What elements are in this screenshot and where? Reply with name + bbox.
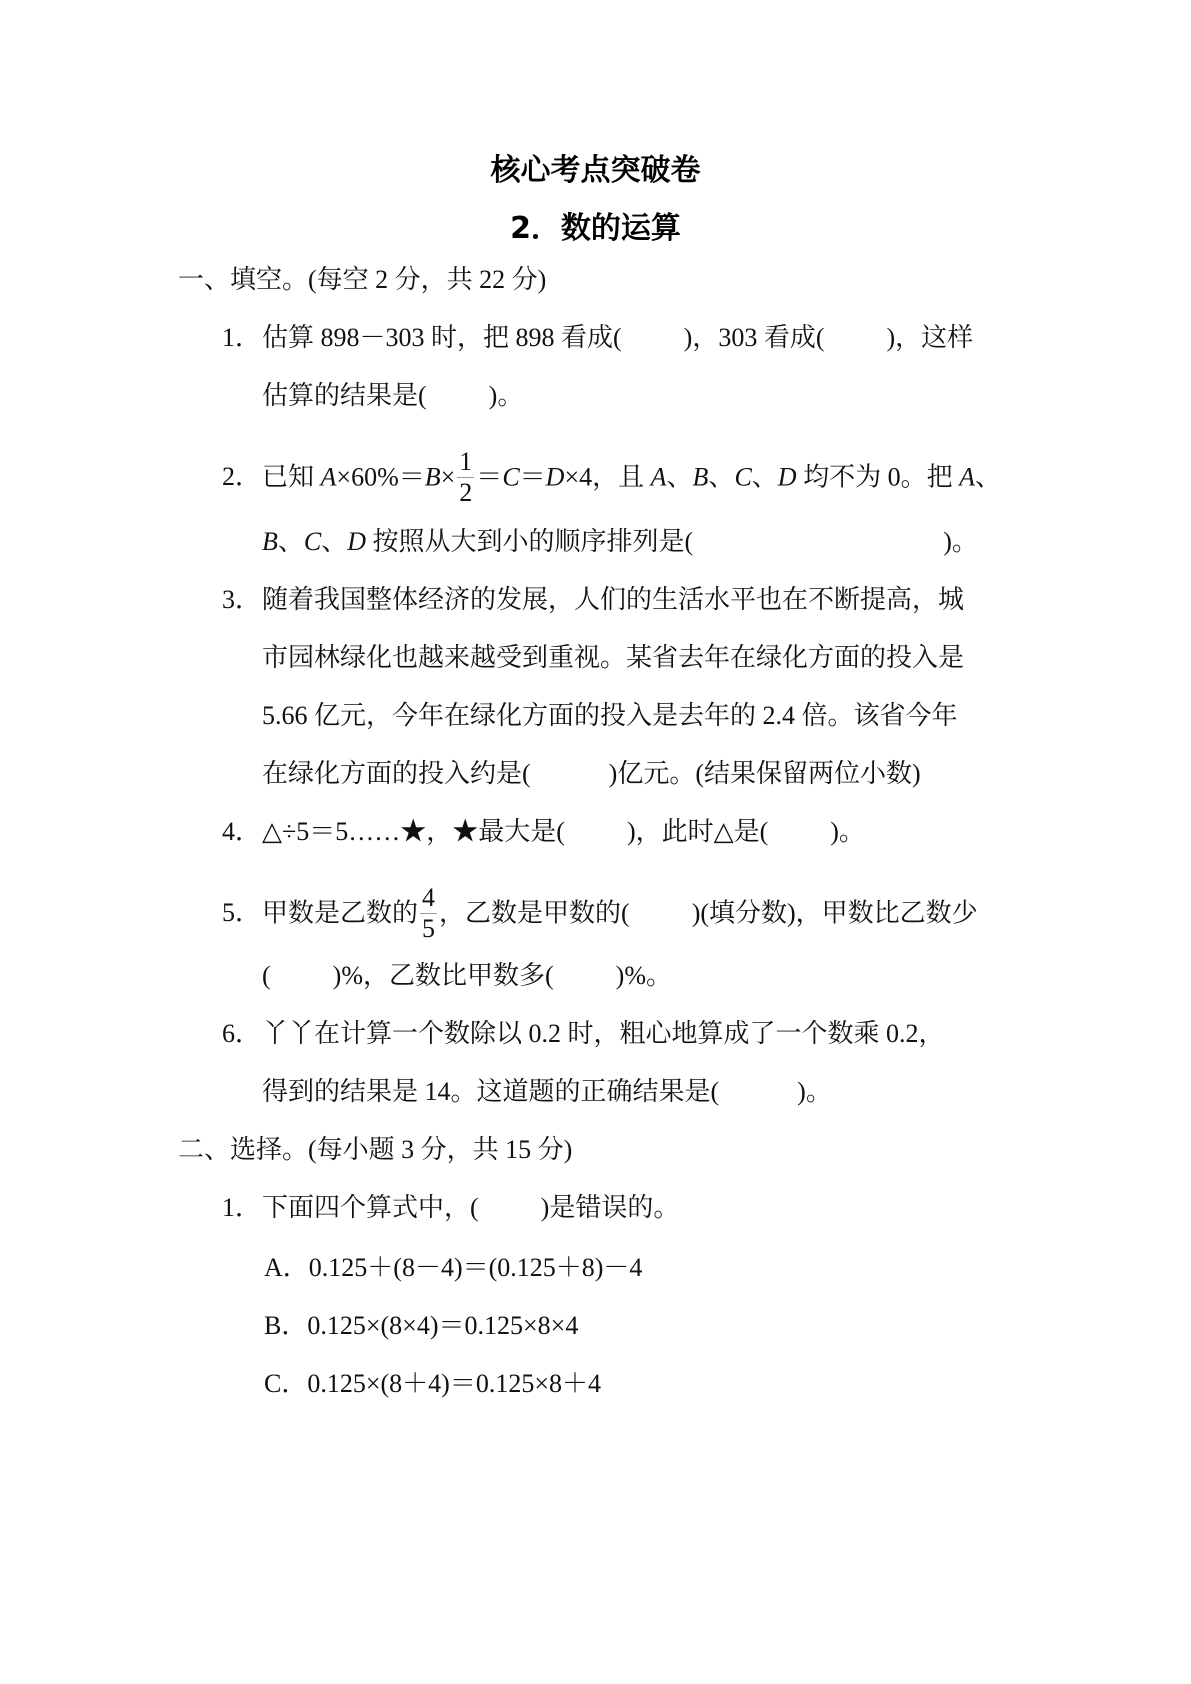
question-text: ×4，且 bbox=[564, 462, 650, 491]
question-text: 丫丫在计算一个数除以 0.2 时，粗心地算成了一个数乘 0.2， bbox=[262, 1019, 945, 1048]
question-text: )，此时△是( bbox=[627, 817, 768, 846]
question-text: )。 bbox=[797, 1077, 832, 1106]
variable-a: A bbox=[651, 462, 667, 491]
section-heading-multiple-choice: 二、选择。(每小题 3 分，共 15 分) bbox=[178, 1132, 572, 1168]
option-text: 0.125×(8＋4)＝0.125×8＋4 bbox=[307, 1369, 601, 1398]
question-6-line-2: 得到的结果是 14。这道题的正确结果是()。 bbox=[262, 1074, 832, 1110]
question-text: 均不为 0。把 bbox=[797, 462, 960, 491]
question-text: )。 bbox=[830, 817, 865, 846]
question-3-line-2: 市园林绿化也越来越受到重视。某省去年在绿化方面的投入是 bbox=[262, 640, 964, 676]
variable-a: A bbox=[959, 462, 975, 491]
question-text: )%。 bbox=[616, 961, 672, 990]
option-label: B． bbox=[264, 1311, 307, 1340]
question-text: 、 bbox=[708, 462, 734, 491]
fraction-one-half: 12 bbox=[457, 447, 474, 508]
question-text: )，这样 bbox=[887, 323, 974, 352]
question-text: )，303 看成( bbox=[684, 323, 825, 352]
question-text: )%，乙数比甲数多( bbox=[333, 961, 554, 990]
question-number: 1． bbox=[222, 320, 262, 356]
question-6-line-1: 6．丫丫在计算一个数除以 0.2 时，粗心地算成了一个数乘 0.2， bbox=[222, 1016, 945, 1052]
question-text: △÷5＝5……★，★最大是( bbox=[262, 817, 565, 846]
question-text: 估算的结果是( bbox=[262, 381, 427, 410]
question-text: )亿元。(结果保留两位小数) bbox=[609, 759, 921, 788]
choice-option-c[interactable]: C．0.125×(8＋4)＝0.125×8＋4 bbox=[264, 1366, 601, 1402]
variable-d: D bbox=[778, 462, 797, 491]
fraction-numerator: 4 bbox=[420, 883, 437, 914]
option-label: A． bbox=[264, 1253, 309, 1282]
question-text: 下面四个算式中，( bbox=[262, 1193, 479, 1222]
variable-b: B bbox=[262, 527, 278, 556]
choice-option-b[interactable]: B．0.125×(8×4)＝0.125×8×4 bbox=[264, 1308, 578, 1344]
variable-c: C bbox=[734, 462, 751, 491]
question-text: × bbox=[441, 462, 456, 491]
variable-a: A bbox=[321, 462, 337, 491]
question-text: 已知 bbox=[262, 462, 321, 491]
fraction-denominator: 5 bbox=[422, 914, 435, 944]
variable-c: C bbox=[304, 527, 321, 556]
question-text: 得到的结果是 14。这道题的正确结果是( bbox=[262, 1077, 719, 1106]
question-text: 、 bbox=[975, 462, 1001, 491]
question-number: 1． bbox=[222, 1190, 262, 1226]
fraction-denominator: 2 bbox=[459, 478, 472, 508]
question-3-line-3: 5.66 亿元，今年在绿化方面的投入是去年的 2.4 倍。该省今年 bbox=[262, 698, 958, 734]
question-2-line-1: 2．已知 A×60%＝B×12＝C＝D×4，且 A、B、C、D 均不为 0。把 … bbox=[222, 449, 1001, 510]
question-text: 、 bbox=[667, 462, 693, 491]
variable-b: B bbox=[425, 462, 441, 491]
question-number: 4． bbox=[222, 814, 262, 850]
question-3-line-1: 3．随着我国整体经济的发展，人们的生活水平也在不断提高，城 bbox=[222, 582, 964, 618]
question-3-line-4: 在绿化方面的投入约是()亿元。(结果保留两位小数) bbox=[262, 756, 921, 792]
question-number: 3． bbox=[222, 582, 262, 618]
page-title: 核心考点突破卷 bbox=[0, 145, 1191, 189]
page-subtitle: 2．数的运算 bbox=[0, 203, 1191, 247]
question-4-line-1: 4．△÷5＝5……★，★最大是()，此时△是()。 bbox=[222, 814, 865, 850]
choice-option-a[interactable]: A．0.125＋(8－4)＝(0.125＋8)－4 bbox=[264, 1250, 642, 1286]
question-text: )(填分数)，甲数比乙数少 bbox=[692, 898, 978, 927]
question-number: 6． bbox=[222, 1016, 262, 1052]
question-text: )。 bbox=[943, 527, 978, 556]
question-5-line-1: 5．甲数是乙数的45，乙数是甲数的()(填分数)，甲数比乙数少 bbox=[222, 885, 978, 946]
variable-d: D bbox=[546, 462, 565, 491]
question-text: 在绿化方面的投入约是( bbox=[262, 759, 531, 788]
question-1-line-1: 1．估算 898－303 时，把 898 看成()，303 看成()，这样 bbox=[222, 320, 973, 356]
fraction-four-fifths: 45 bbox=[420, 883, 437, 944]
question-text: ＝ bbox=[520, 462, 546, 491]
question-text: ＝ bbox=[476, 462, 502, 491]
question-text: ( bbox=[262, 961, 271, 990]
question-text: )是错误的。 bbox=[541, 1193, 680, 1222]
choice-question-1-stem: 1．下面四个算式中，()是错误的。 bbox=[222, 1190, 679, 1226]
question-text: 按照从大到小的顺序排列是( bbox=[366, 527, 693, 556]
section-heading-fill-in: 一、填空。(每空 2 分，共 22 分) bbox=[178, 262, 546, 298]
question-text: 随着我国整体经济的发展，人们的生活水平也在不断提高，城 bbox=[262, 585, 964, 614]
question-text: ，乙数是甲数的( bbox=[439, 898, 630, 927]
question-text: 、 bbox=[278, 527, 304, 556]
question-5-line-2: ()%，乙数比甲数多()%。 bbox=[262, 958, 672, 994]
question-number: 5． bbox=[222, 895, 262, 931]
option-label: C． bbox=[264, 1369, 307, 1398]
question-1-line-2: 估算的结果是()。 bbox=[262, 378, 523, 414]
variable-c: C bbox=[502, 462, 519, 491]
question-number: 2． bbox=[222, 459, 262, 495]
question-text: 估算 898－303 时，把 898 看成( bbox=[262, 323, 622, 352]
question-text: )。 bbox=[489, 381, 524, 410]
question-text: 甲数是乙数的 bbox=[262, 898, 418, 927]
question-text: 、 bbox=[752, 462, 778, 491]
question-2-line-2: B、C、D 按照从大到小的顺序排列是()。 bbox=[262, 524, 978, 560]
question-text: 、 bbox=[321, 527, 347, 556]
option-text: 0.125＋(8－4)＝(0.125＋8)－4 bbox=[309, 1253, 643, 1282]
variable-d: D bbox=[347, 527, 366, 556]
variable-b: B bbox=[693, 462, 709, 491]
option-text: 0.125×(8×4)＝0.125×8×4 bbox=[307, 1311, 578, 1340]
question-text: ×60%＝ bbox=[336, 462, 424, 491]
fraction-numerator: 1 bbox=[457, 447, 474, 478]
